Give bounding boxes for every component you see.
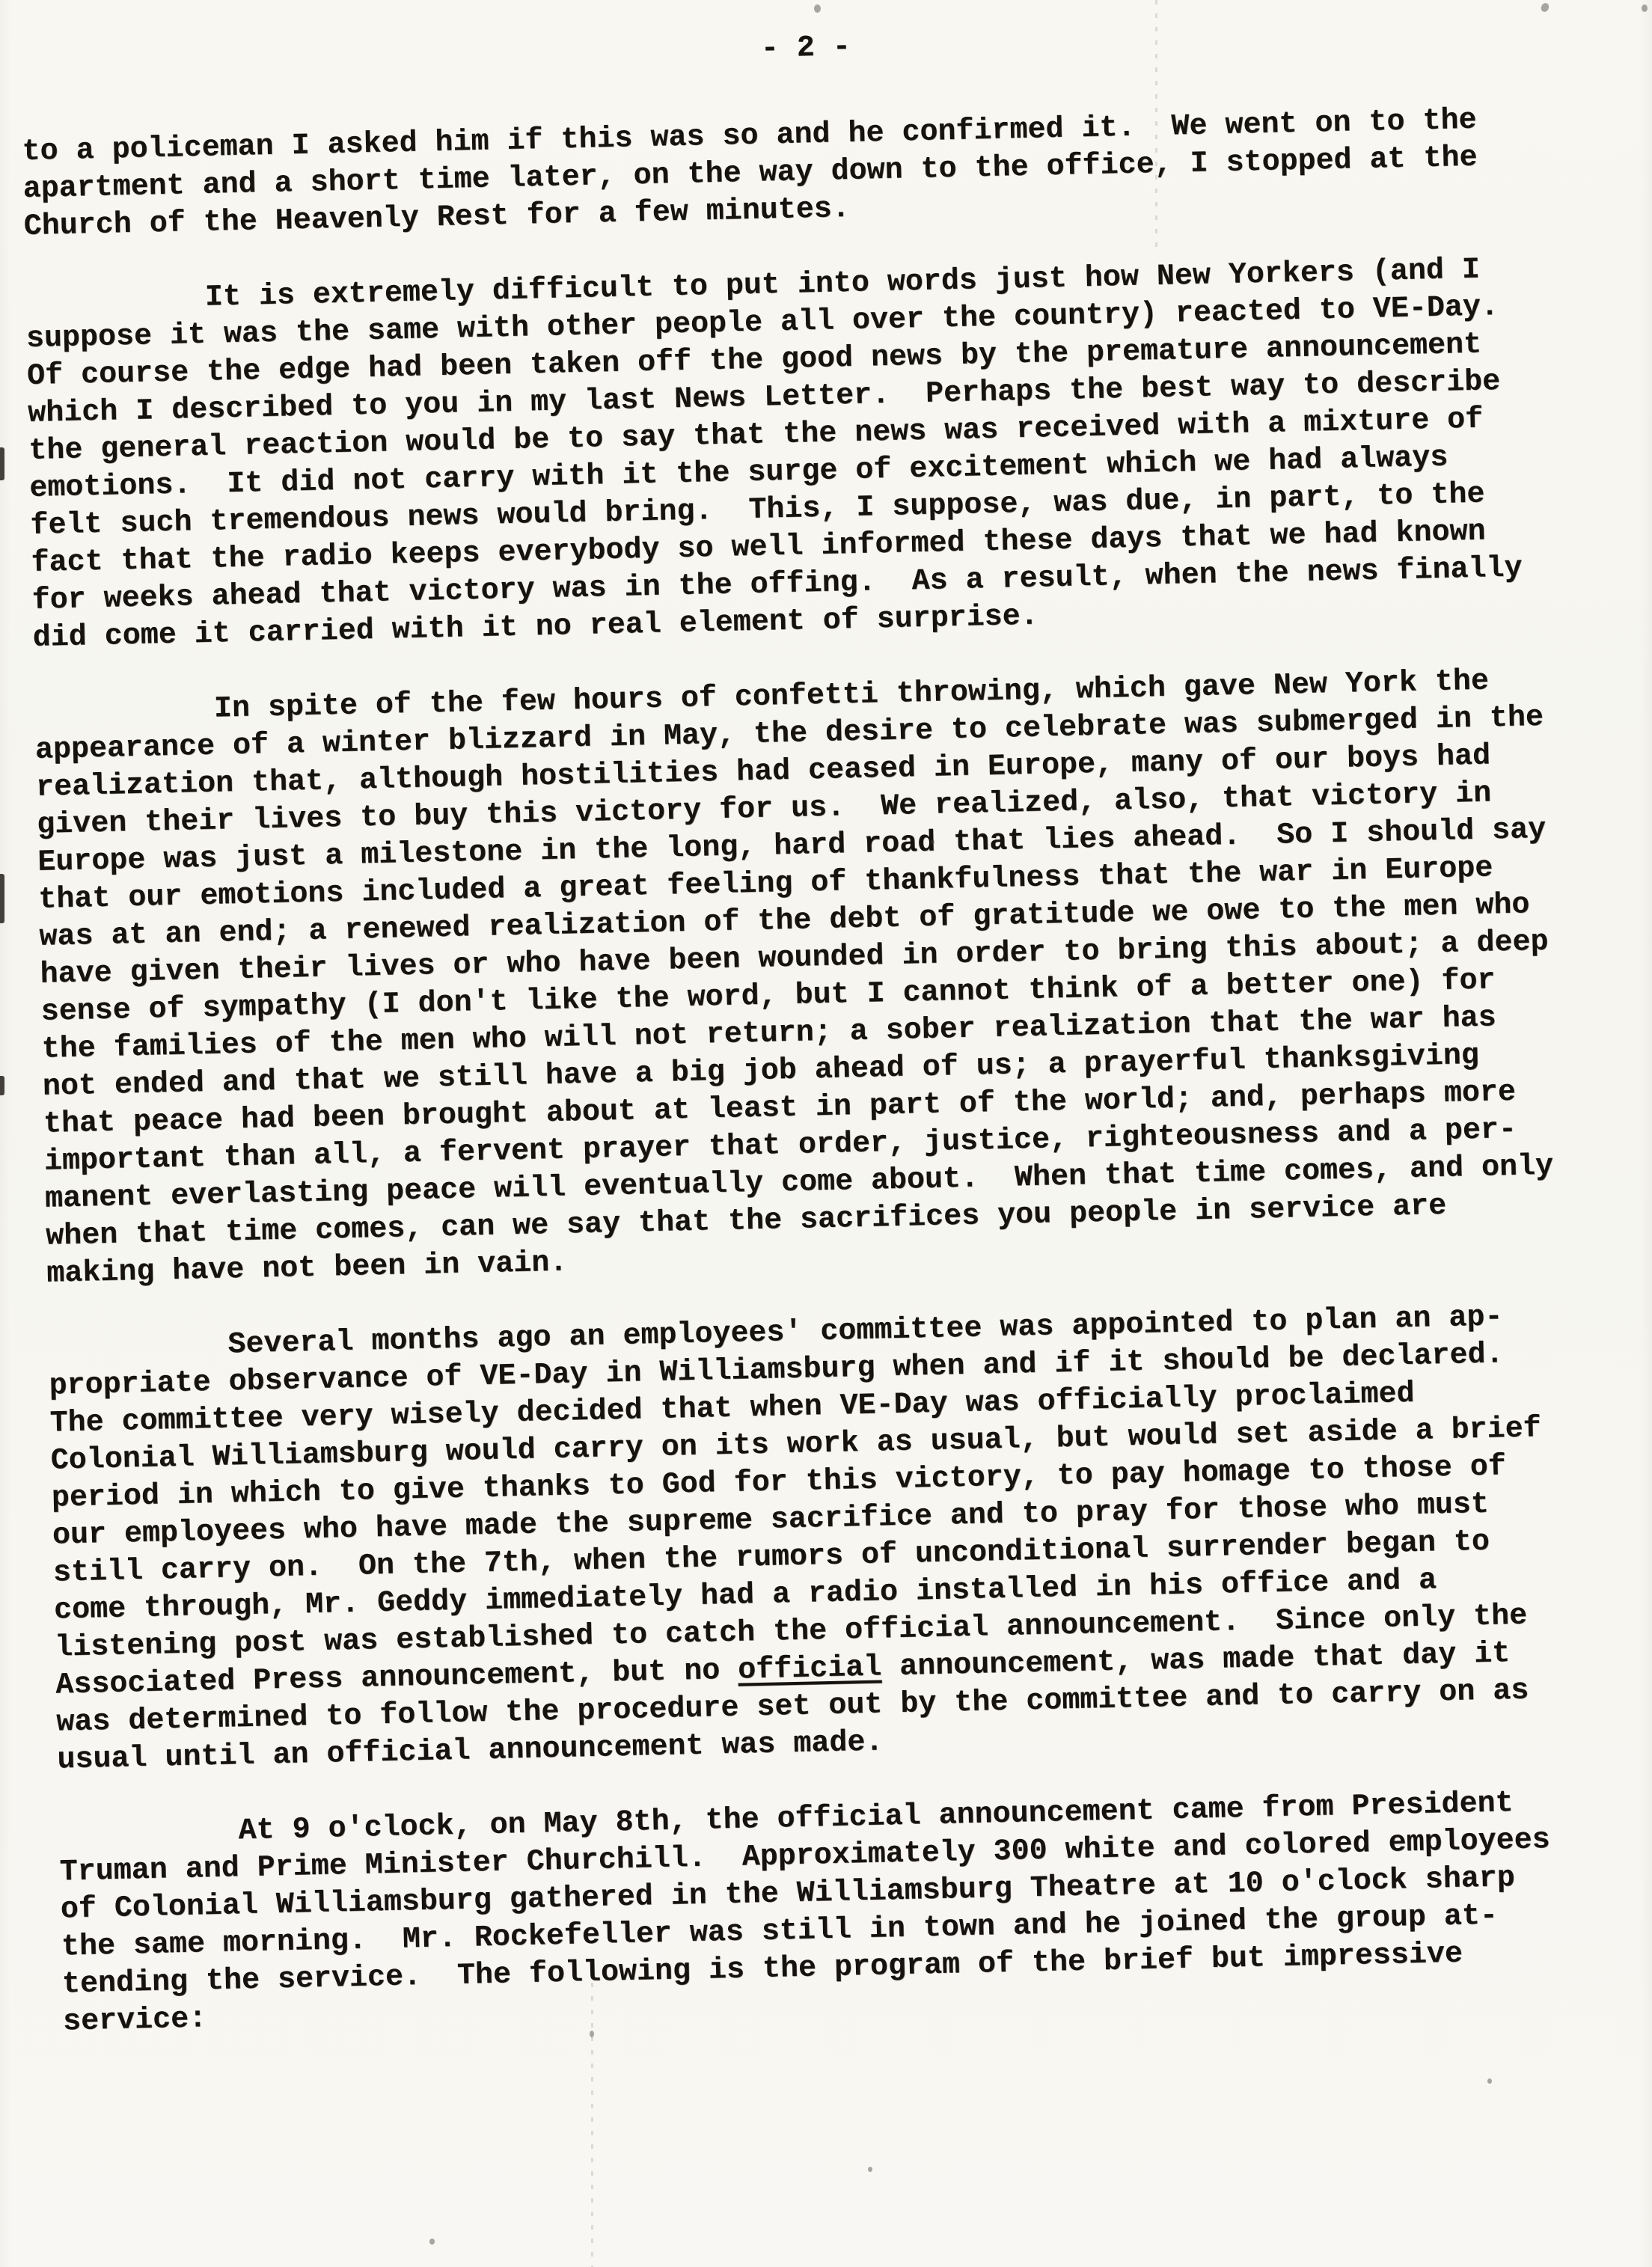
scan-artifact	[0, 874, 4, 923]
scan-artifact	[1642, 4, 1648, 12]
scan-artifact	[1155, 0, 1157, 247]
scan-artifact	[1487, 2078, 1492, 2084]
typewritten-content: - 2 - to a policeman I asked him if this…	[0, 0, 1635, 2080]
paragraph: In spite of the few hours of confetti th…	[34, 661, 1618, 1294]
scan-artifact	[814, 4, 821, 13]
paragraph: Several months ago an employees' committ…	[48, 1297, 1629, 1780]
paragraph: It is extremely difficult to put into wo…	[25, 249, 1603, 658]
document-page: - 2 - to a policeman I asked him if this…	[0, 0, 1652, 2267]
scan-artifact	[868, 2167, 872, 2172]
scan-artifact	[591, 1983, 593, 2267]
page-number: - 2 -	[20, 13, 1592, 85]
underlined-text: official	[738, 1650, 882, 1687]
paragraph: to a policeman I asked him if this was s…	[22, 100, 1595, 246]
letter-body: to a policeman I asked him if this was s…	[22, 100, 1634, 2041]
scan-artifact	[429, 2239, 435, 2245]
scan-artifact	[0, 1076, 4, 1095]
scan-artifact	[931, 839, 934, 845]
paragraph: At 9 o'clock, on May 8th, the official a…	[58, 1783, 1634, 2042]
scan-artifact	[0, 447, 4, 480]
